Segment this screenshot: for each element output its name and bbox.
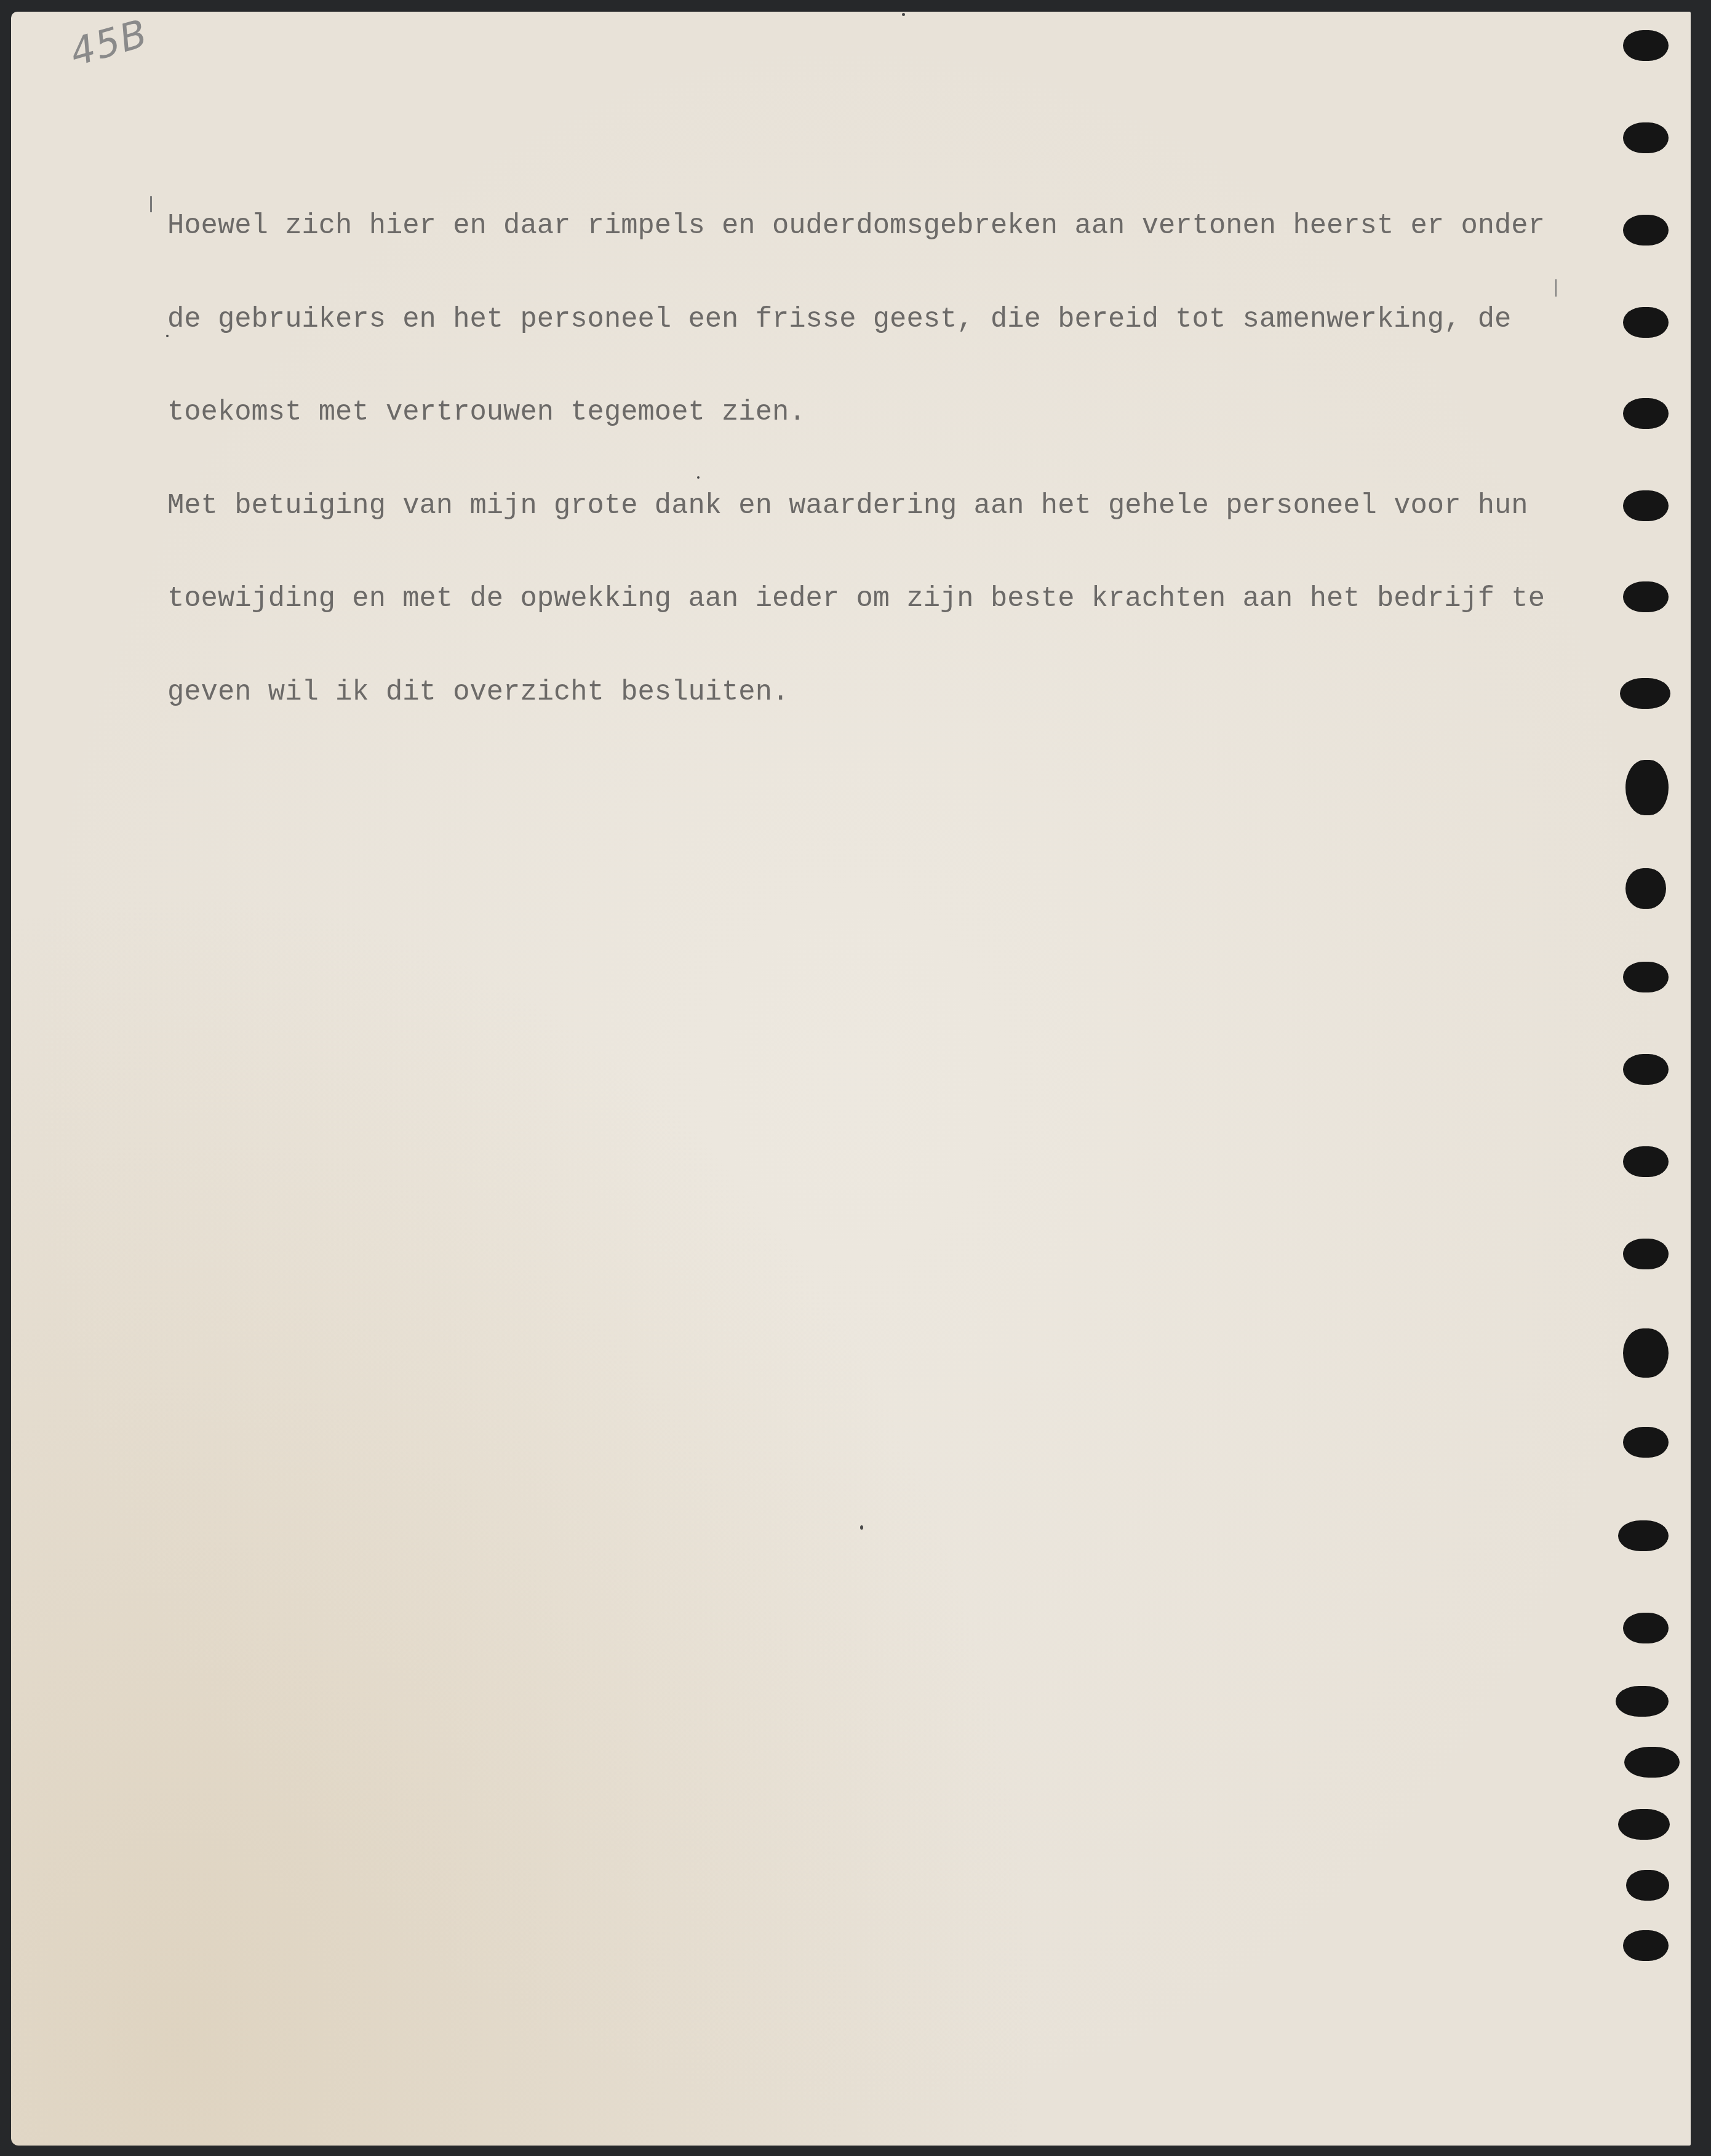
punch-hole [1623,30,1669,61]
punch-hole [1623,307,1669,338]
typed-body-text: Hoewel zich hier en daar rimpels en oude… [167,148,1545,770]
punch-hole [1625,868,1666,909]
punch-hole [1618,1809,1670,1840]
ink-speck [166,335,169,337]
punch-hole [1624,1747,1680,1778]
text-line: Met betuiging van mijn grote dank en waa… [167,490,1545,522]
punch-hole [1623,215,1669,246]
handwritten-page-number: 45B [65,10,153,75]
punch-hole [1623,1239,1669,1269]
punch-hole [1623,1613,1669,1643]
punch-hole [1625,760,1669,815]
margin-mark [150,196,152,212]
text-line: geven wil ik dit overzicht besluiten. [167,677,1545,708]
text-line: toekomst met vertrouwen tegemoet zien. [167,397,1545,428]
punch-hole [1623,581,1669,612]
punch-hole [1623,1146,1669,1177]
punch-hole [1623,1054,1669,1085]
punch-hole [1616,1686,1669,1717]
ink-speck [902,13,905,16]
punch-hole [1620,678,1670,709]
margin-mark [1555,279,1557,297]
document-page: 45B Hoewel zich hier en daar rimpels en … [11,12,1691,2146]
text-line: Hoewel zich hier en daar rimpels en oude… [167,210,1545,242]
text-line: de gebruikers en het personeel een friss… [167,304,1545,335]
text-line: toewijding en met de opwekking aan ieder… [167,583,1545,615]
punch-hole [1618,1520,1669,1551]
punch-hole [1623,962,1669,992]
punch-hole [1623,122,1669,153]
ink-speck [860,1525,863,1530]
punch-hole [1623,398,1669,429]
punch-hole [1623,1328,1669,1378]
punch-hole [1623,490,1669,521]
punch-hole [1623,1930,1669,1961]
punch-hole [1626,1870,1669,1901]
ink-speck [697,476,700,479]
punch-hole [1623,1427,1669,1458]
